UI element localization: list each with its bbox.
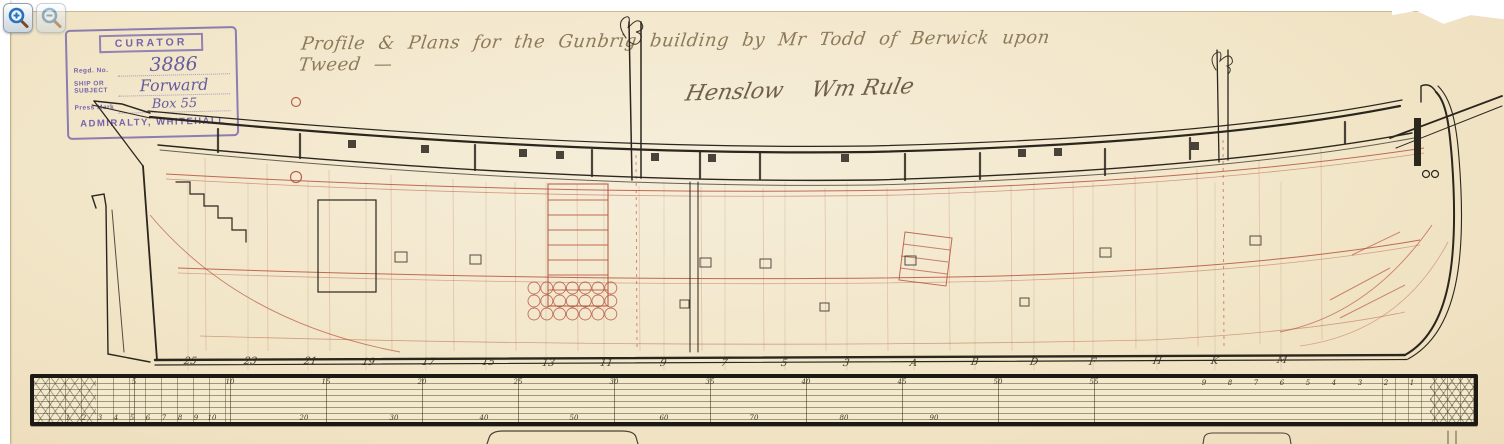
stamp-regd-label: Regd. No. — [74, 67, 118, 78]
stamp-ship-label: SHIP OR SUBJECT — [74, 80, 118, 98]
station-label: 15 — [481, 357, 496, 368]
scale-number: 4 — [114, 414, 118, 422]
signature-left: Henslow — [683, 78, 786, 106]
stamp-ship-row: SHIP OR SUBJECT Forward — [74, 75, 230, 98]
scale-number: 3 — [98, 414, 102, 422]
scale-tick — [902, 378, 903, 422]
scale-number: 40 — [480, 414, 489, 422]
station-label: 21 — [303, 356, 318, 367]
scale-number: 9 — [194, 414, 198, 422]
station-label: 19 — [361, 357, 376, 368]
scale-number: 60 — [660, 414, 669, 422]
station-label: 17 — [421, 357, 436, 368]
scale-number: 4 — [1332, 379, 1336, 387]
scale-number: 6 — [146, 414, 150, 422]
scale-number: 9 — [1202, 379, 1206, 387]
scale-number: 5 — [130, 414, 134, 422]
scale-number: 8 — [1228, 379, 1232, 387]
station-label: H — [1152, 356, 1163, 367]
scale-number: 30 — [390, 414, 399, 422]
scale-number: 50 — [570, 414, 579, 422]
zoom-out-icon — [38, 5, 64, 31]
stamp-regd-value: 3886 — [117, 53, 229, 77]
scale-number: 90 — [930, 414, 939, 422]
stamp-admiralty-label: ADMIRALTY, WHITEHALL — [75, 115, 231, 130]
scale-bar: 5101520253035404550551234567891020304050… — [30, 374, 1478, 426]
viewer-stage: ZAZ5011 CURATOR Regd. No. 3886 SHIP OR S… — [0, 0, 1504, 444]
stamp-curator-label: CURATOR — [99, 33, 203, 53]
scale-number: 80 — [840, 414, 849, 422]
stamp-pressmark-row: Press Mark Box 55 — [74, 95, 230, 115]
stamp-pressmark-label: Press Mark — [74, 104, 118, 115]
scale-tick — [230, 378, 231, 422]
scale-number: 2 — [1384, 379, 1388, 387]
scale-number: 2 — [82, 414, 86, 422]
scale-tick — [326, 378, 327, 422]
curator-stamp: CURATOR Regd. No. 3886 SHIP OR SUBJECT F… — [65, 26, 239, 140]
scale-tick — [998, 378, 999, 422]
stamp-pressmark-value: Box 55 — [118, 95, 230, 114]
scale-number: 5 — [1306, 379, 1310, 387]
scale-bar-ruler: 5101520253035404550551234567891020304050… — [34, 378, 1474, 422]
scale-tick — [422, 378, 423, 422]
zoom-in-icon — [5, 5, 31, 31]
station-label: 25 — [183, 356, 198, 367]
stamp-ship-value: Forward — [118, 75, 230, 97]
scale-number: 1 — [1410, 379, 1414, 387]
scale-number: 7 — [1254, 379, 1258, 387]
station-label: 23 — [243, 356, 258, 367]
station-label: 13 — [541, 358, 556, 369]
title-inscription: Profile & Plans for the Gunbrig building… — [297, 26, 1123, 75]
scan-edge-left — [0, 0, 10, 444]
scale-number: 20 — [300, 414, 309, 422]
scale-number: 8 — [178, 414, 182, 422]
station-label: M — [1276, 355, 1288, 366]
scale-tick — [806, 378, 807, 422]
scale-number: 6 — [1280, 379, 1284, 387]
zoom-in-button[interactable] — [3, 3, 33, 33]
scale-number: 3 — [1358, 379, 1362, 387]
scale-tick — [518, 378, 519, 422]
scale-number: 70 — [750, 414, 759, 422]
zoom-out-button[interactable] — [36, 3, 66, 33]
station-label: 11 — [599, 358, 614, 369]
scale-number: 7 — [162, 414, 166, 422]
scale-tick — [614, 378, 615, 422]
scan-edge-top — [0, 0, 1504, 11]
signature-right: Wm Rule — [809, 74, 916, 103]
scale-tick — [710, 378, 711, 422]
scale-number: 10 — [208, 414, 217, 422]
scale-number: 1 — [66, 414, 70, 422]
scale-tick — [1094, 378, 1095, 422]
